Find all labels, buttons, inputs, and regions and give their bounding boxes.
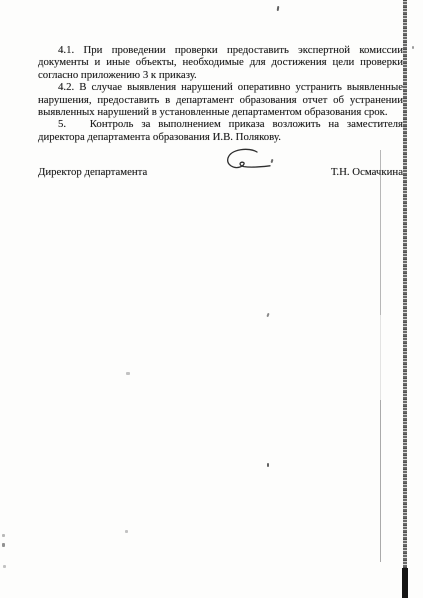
- order-text-block: 4.1. При проведении проверки предоставит…: [38, 44, 403, 143]
- scan-speck: [3, 565, 6, 568]
- scan-speck: [277, 6, 280, 11]
- paragraph-5: 5. Контроль за выполнением приказа возло…: [38, 118, 403, 143]
- scan-speck: [267, 463, 269, 467]
- paragraph-4-2: 4.2. В случае выявления нарушений операт…: [38, 81, 403, 118]
- scan-binding-edge: [403, 0, 407, 598]
- signer-role: Директор департамента: [38, 166, 147, 178]
- fold-line-segment: [380, 400, 381, 562]
- scan-speck: [2, 534, 5, 537]
- fold-line-segment: [380, 315, 381, 400]
- handwritten-signature: [221, 147, 277, 179]
- scan-speck: [2, 543, 5, 547]
- scan-speck: [126, 372, 130, 375]
- scan-binding-edge-dark: [402, 568, 408, 598]
- signer-name: Т.Н. Осмачкина: [331, 166, 403, 178]
- scanned-document-page: 4.1. При проведении проверки предоставит…: [0, 0, 423, 598]
- scan-speck: [266, 313, 269, 317]
- paragraph-4-1: 4.1. При проведении проверки предоставит…: [38, 44, 403, 81]
- scan-speck: [412, 46, 414, 49]
- fold-line-segment: [380, 150, 381, 315]
- scan-speck: [125, 530, 128, 533]
